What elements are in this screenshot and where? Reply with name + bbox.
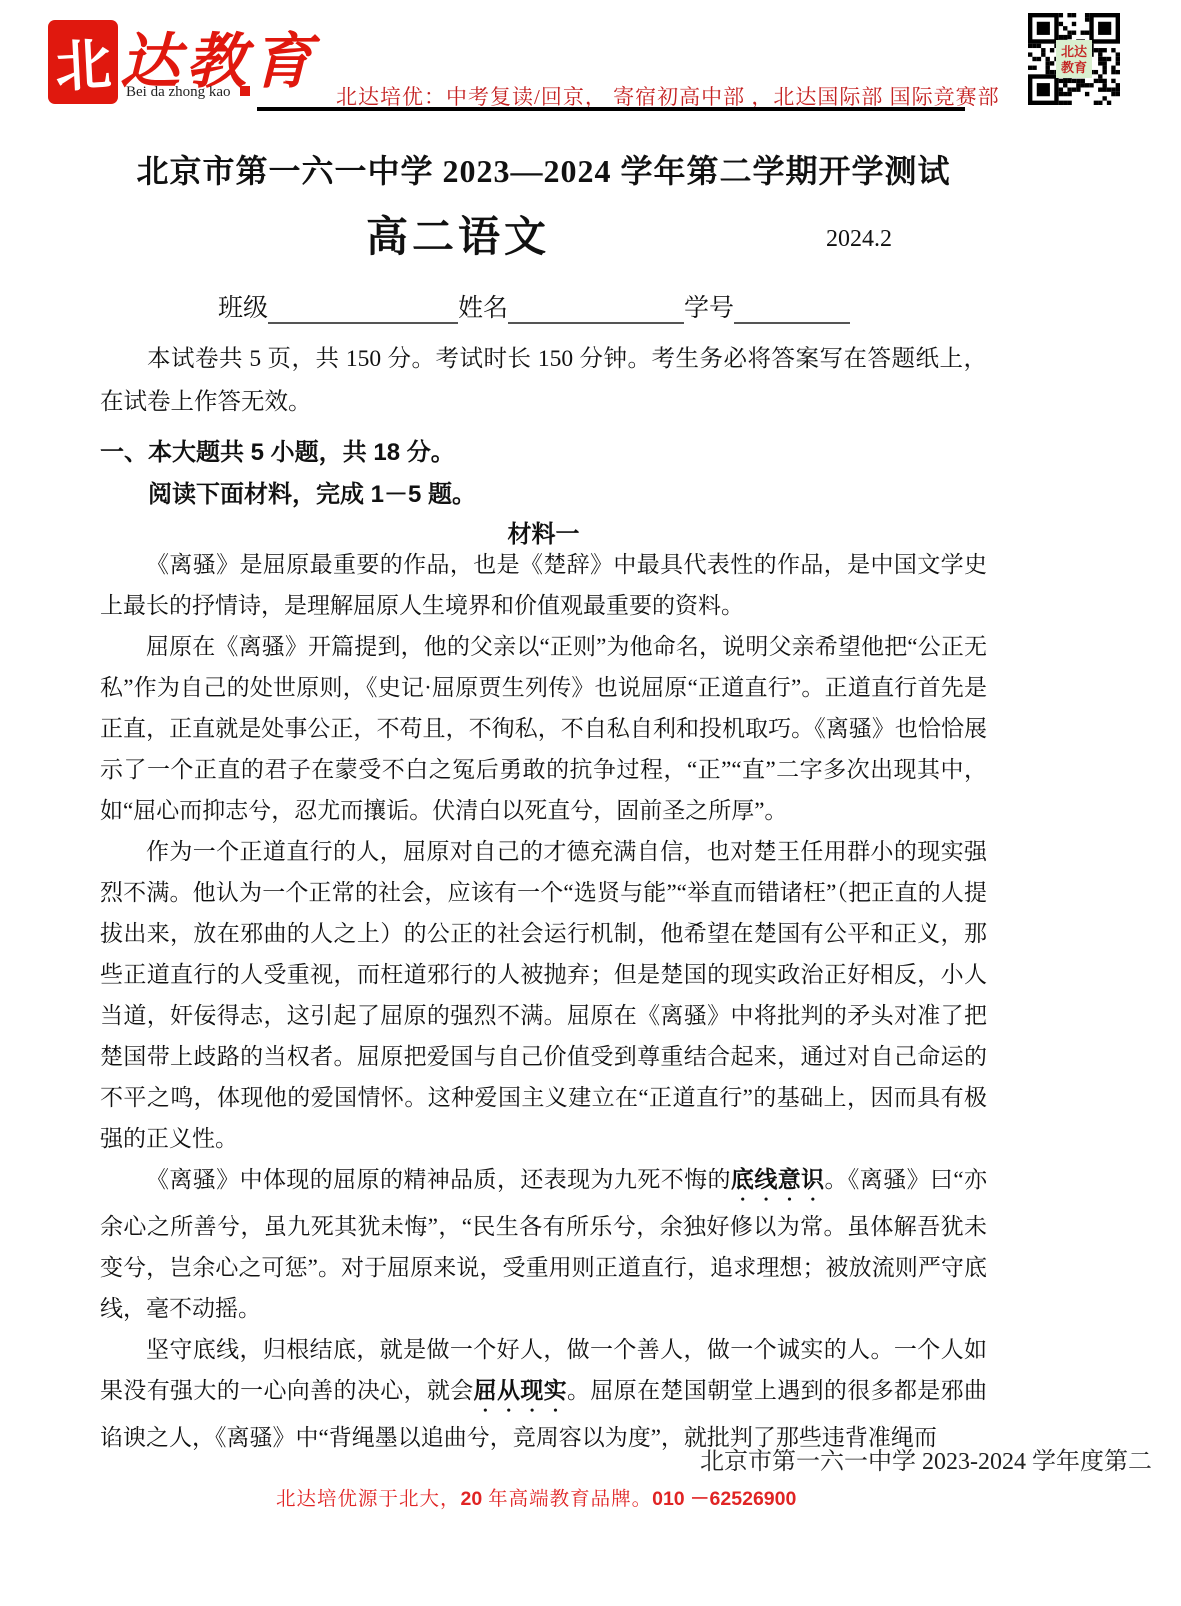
paragraph-4: 《离骚》中体现的屈原的精神品质，还表现为九死不悔的底线意识。《离骚》曰“亦余心之… (100, 1159, 987, 1329)
logo-subtitle: Bei da zhong kao (126, 84, 250, 101)
paragraph-5: 坚守底线，归根结底，就是做一个好人，做一个善人，做一个诚实的人。一个人如果没有强… (100, 1329, 987, 1458)
brand-square-icon (240, 86, 250, 96)
exam-date: 2024.2 (826, 226, 892, 253)
seal-character: 北 (53, 21, 113, 104)
header-rule (257, 107, 965, 111)
footer-phone-number: 010 －62526900 (652, 1488, 796, 1510)
exam-notice: 本试卷共 5 页，共 150 分。考试时长 150 分钟。考生务必将答案写在答题… (100, 338, 987, 424)
exam-title: 北京市第一六一中学 2023—2024 学年第二学期开学测试 (100, 146, 987, 192)
exam-paper-page: 北 达教育 Bei da zhong kao 北达培优：中考复读/回京， 寄宿初… (0, 0, 1181, 1606)
section-one-heading: 一、本大题共 5 小题，共 18 分。 (100, 432, 455, 467)
class-blank-line (268, 298, 458, 324)
paragraph-1: 《离骚》是屈原最重要的作品，也是《楚辞》中最具代表性的作品，是中国文学史上最长的… (100, 544, 987, 626)
svg-text:北达: 北达 (1061, 44, 1087, 59)
page-marker-text: 北京市第一六一中学 2023-2024 学年度第二 (700, 1441, 1152, 1476)
qr-code: 北达教育 (1028, 13, 1120, 105)
emphasized-term-yield-reality: 屈从现实 (474, 1378, 567, 1403)
name-label: 姓名 (458, 295, 508, 322)
beida-logo-seal-icon: 北 (48, 20, 118, 104)
paragraph-3: 作为一个正道直行的人，屈原对自己的才德充满自信，也对楚王任用群小的现实强烈不满。… (100, 831, 987, 1159)
student-id-blank-line (734, 298, 850, 324)
paragraph-2: 屈原在《离骚》开篇提到，他的父亲以“正则”为他命名，说明父亲希望他把“公正无私”… (100, 626, 987, 831)
svg-text:教育: 教育 (1060, 60, 1087, 75)
footer-slogan: 北达培优源于北大，20 年高端教育品牌。010 －62526900 (276, 1483, 796, 1511)
student-id-label: 学号 (684, 295, 734, 322)
subject-title: 高二语文 (366, 204, 550, 264)
student-info-row: 班级姓名学号 (218, 288, 850, 324)
class-label: 班级 (218, 295, 268, 322)
material-text: 《离骚》是屈原最重要的作品，也是《楚辞》中最具代表性的作品，是中国文学史上最长的… (100, 544, 987, 1458)
name-blank-line (508, 298, 684, 324)
emphasized-term-bottom-line: 底线意识 (731, 1167, 825, 1192)
section-instruction: 阅读下面材料，完成 1－5 题。 (100, 474, 476, 509)
